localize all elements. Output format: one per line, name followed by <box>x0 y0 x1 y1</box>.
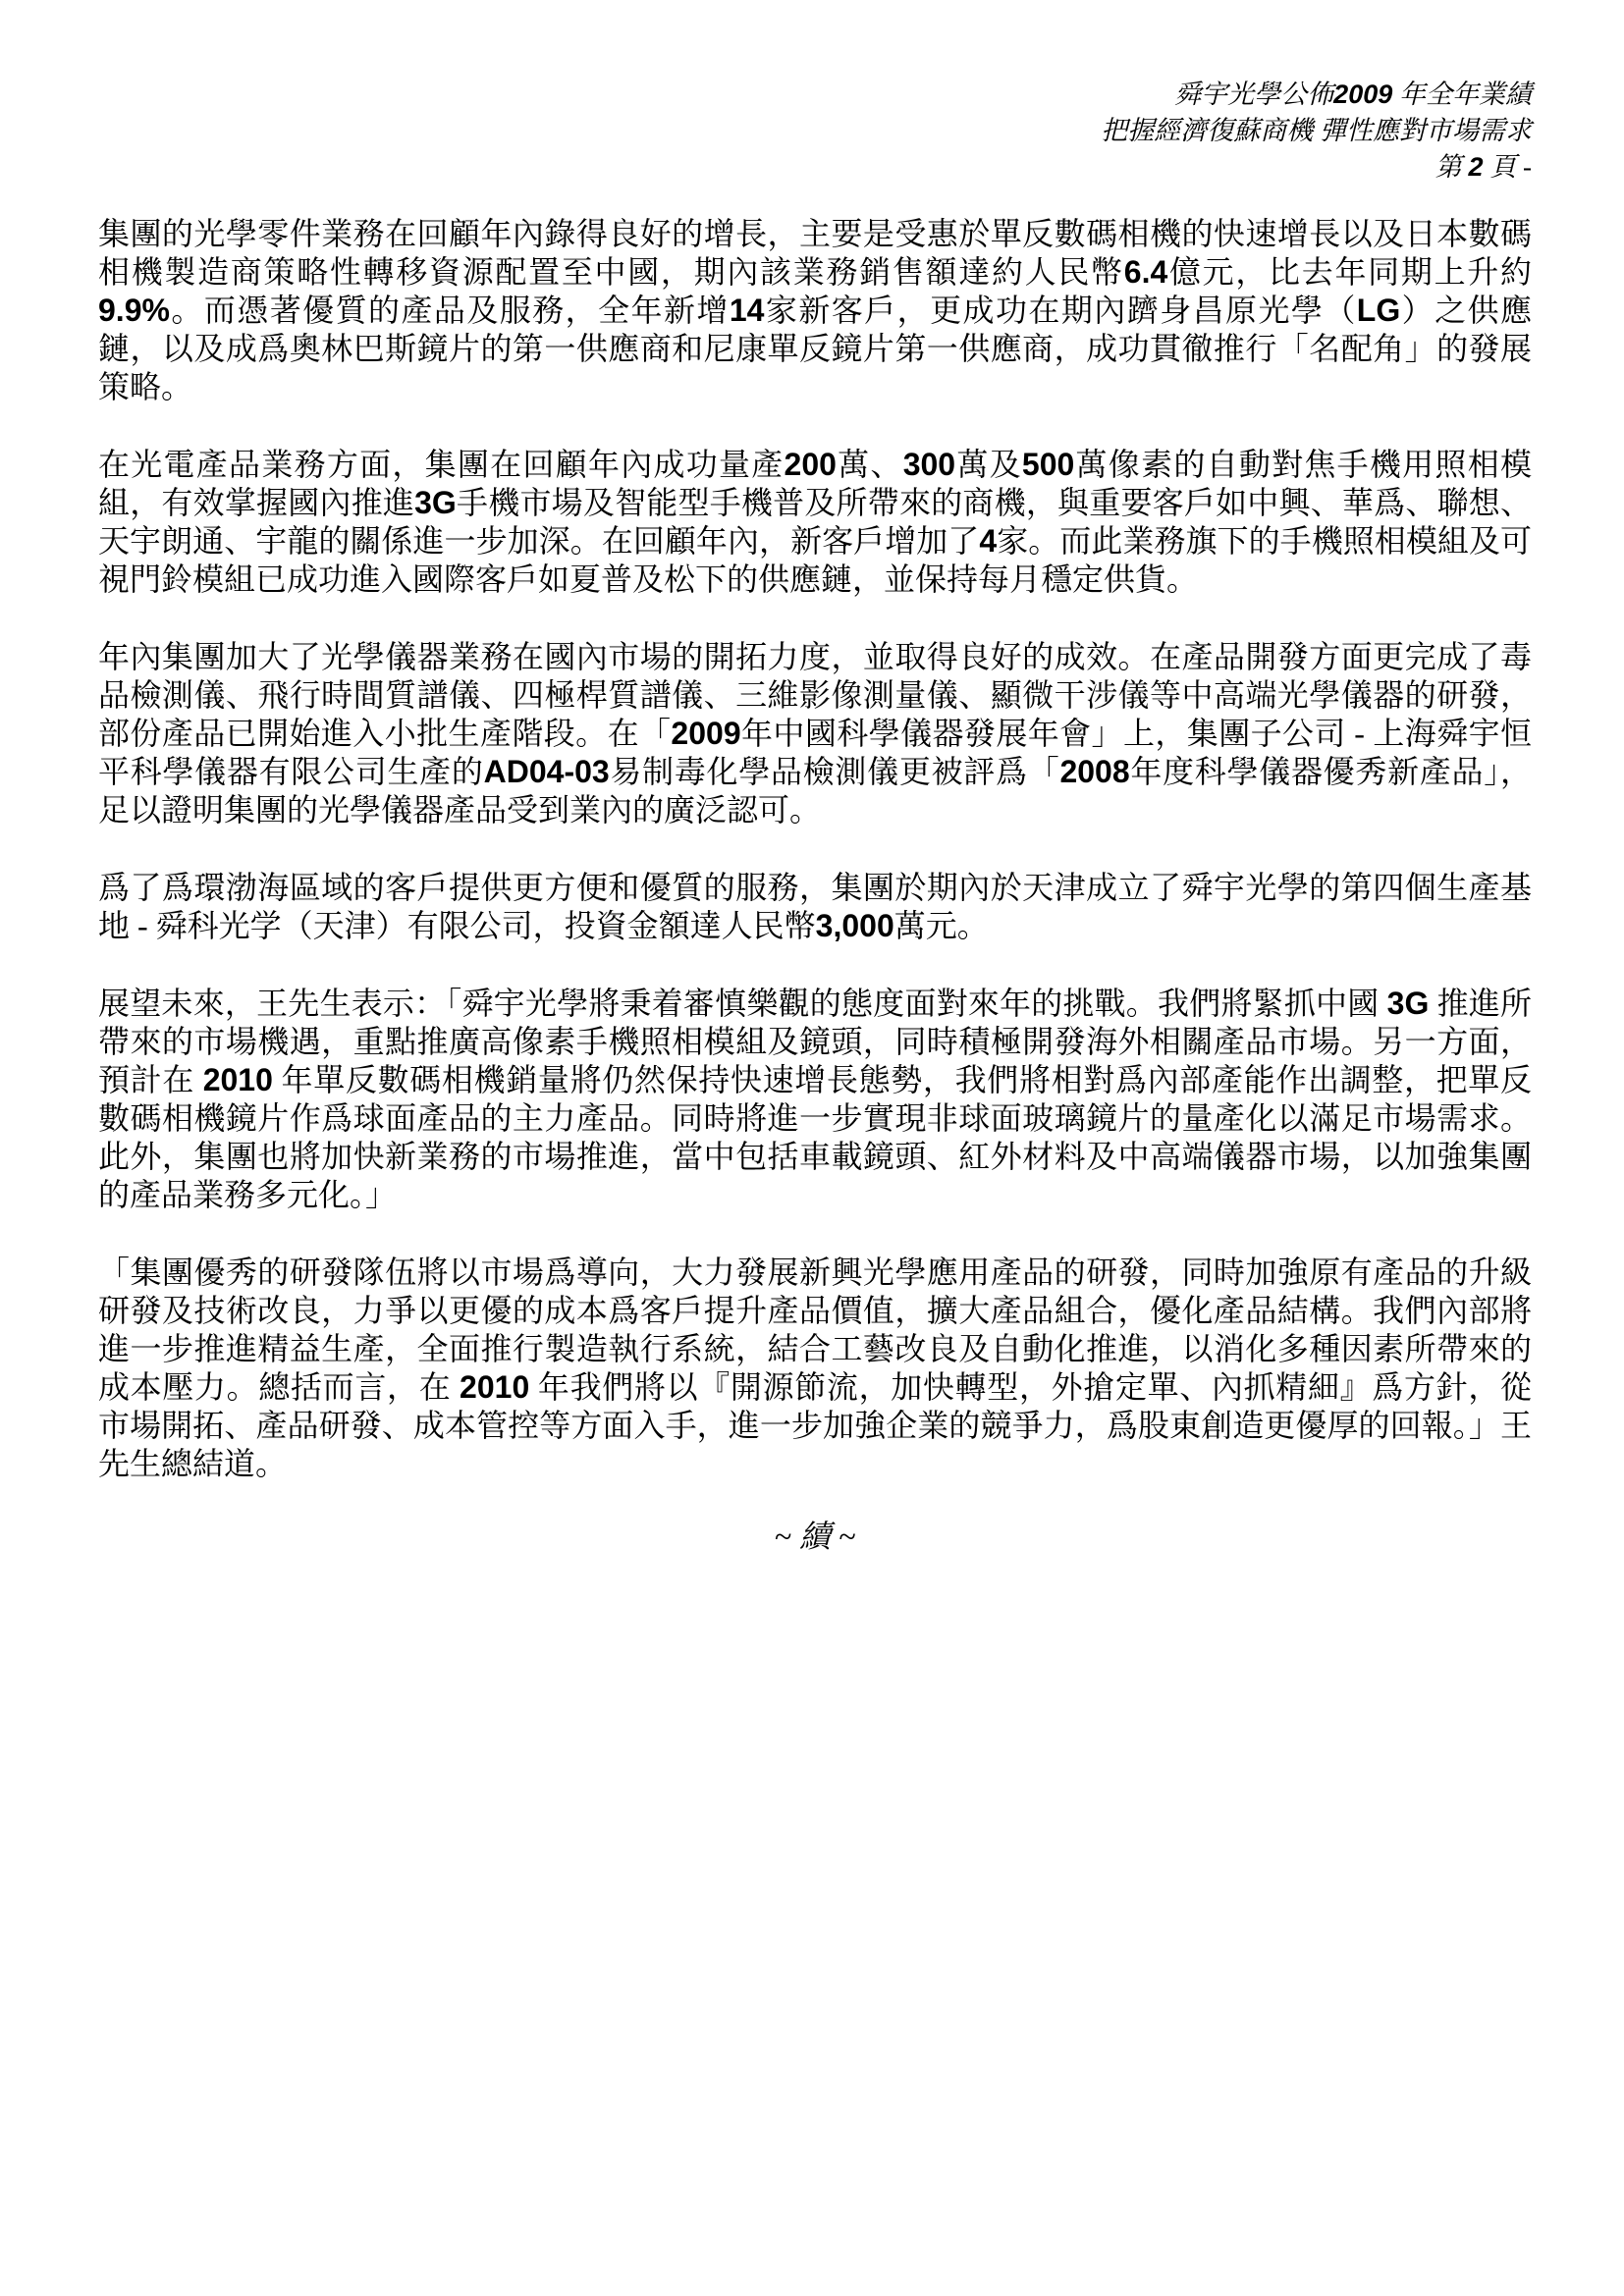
text-run-numeric: 9.9% <box>98 293 170 328</box>
text-run-numeric: 2008 <box>1059 754 1129 789</box>
text-run-numeric: 2009 <box>671 716 740 751</box>
text-run-numeric: 14 <box>730 293 765 328</box>
text-run-numeric: 3G <box>414 485 457 520</box>
document-page: 舜宇光學公佈2009 年全年業績 把握經濟復蘇商機 彈性應對市場需求 第 2 頁… <box>0 0 1624 2296</box>
text-run-numeric: 200 <box>785 447 837 482</box>
text-run: 億元，比去年同期上升約 <box>1167 254 1532 290</box>
text-run: 在光電產品業務方面，集團在回顧年內成功量產 <box>98 447 785 482</box>
text-run: 頁 - <box>1484 152 1533 182</box>
paragraph-rd-strategy-quote: 「集團優秀的研發隊伍將以市場爲導向，大力發展新興光學應用產品的研發，同時加強原有… <box>98 1254 1532 1483</box>
text-run-numeric: 2010 <box>203 1062 273 1097</box>
continuation-mark: ~ 續 ~ <box>98 1518 1532 1556</box>
text-run-numeric: 3,000 <box>816 908 894 943</box>
header-page-number: 第 2 頁 - <box>98 149 1532 186</box>
text-run: 萬及 <box>955 447 1022 482</box>
text-run-numeric: 3G <box>1387 986 1430 1021</box>
text-run: 家新客戶，更成功在期內躋身昌原光學（ <box>764 293 1356 328</box>
text-run-numeric: AD04-03 <box>484 754 610 789</box>
text-run-numeric: 6.4 <box>1124 254 1167 290</box>
page-header: 舜宇光學公佈2009 年全年業績 把握經濟復蘇商機 彈性應對市場需求 第 2 頁… <box>98 77 1532 186</box>
paragraph-optoelectronic-products: 在光電產品業務方面，集團在回顧年內成功量產200萬、300萬及500萬像素的自動… <box>98 446 1532 599</box>
document-body: 集團的光學零件業務在回顧年內錄得良好的增長，主要是受惠於單反數碼相機的快速增長以… <box>98 215 1532 1483</box>
text-run: 把握經濟復蘇商機 彈性應對市場需求 <box>1101 116 1532 145</box>
text-run: 舜宇光學公佈 <box>1174 80 1333 109</box>
text-run-numeric: LG <box>1357 293 1400 328</box>
paragraph-optical-components: 集團的光學零件業務在回顧年內錄得良好的增長，主要是受惠於單反數碼相機的快速增長以… <box>98 215 1532 406</box>
text-run-numeric: 2009 <box>1333 80 1392 109</box>
header-subtitle: 把握經濟復蘇商機 彈性應對市場需求 <box>98 113 1532 149</box>
text-run: 易制毒化學品檢測儀更被評爲「 <box>610 754 1060 789</box>
text-run: 萬元。 <box>894 908 989 943</box>
text-run: 年全年業績 <box>1392 80 1532 109</box>
text-run: 展望未來，王先生表示：「舜宇光學將秉着審慎樂觀的態度面對來年的挑戰。我們將緊抓中… <box>98 986 1387 1021</box>
text-run: 萬、 <box>837 447 903 482</box>
text-run: 第 <box>1435 152 1469 182</box>
text-run-numeric: 2 <box>1468 152 1483 182</box>
header-title: 舜宇光學公佈2009 年全年業績 <box>98 77 1532 113</box>
text-run: 年單反數碼相機銷量將仍然保持快速增長態勢，我們將相對爲內部產能作出調整，把單反數… <box>98 1062 1532 1212</box>
paragraph-outlook-quote: 展望未來，王先生表示：「舜宇光學將秉着審慎樂觀的態度面對來年的挑戰。我們將緊抓中… <box>98 985 1532 1214</box>
text-run: 。而憑著優質的產品及服務，全年新增 <box>170 293 730 328</box>
text-run-numeric: 2010 <box>460 1369 529 1405</box>
text-run-numeric: 4 <box>979 523 997 559</box>
text-run-numeric: 300 <box>903 447 955 482</box>
text-run-numeric: 500 <box>1022 447 1074 482</box>
paragraph-tianjin-base: 爲了爲環渤海區域的客戶提供更方便和優質的服務，集團於期內於天津成立了舜宇光學的第… <box>98 869 1532 945</box>
paragraph-optical-instruments: 年內集團加大了光學儀器業務在國內市場的開拓力度，並取得良好的成效。在產品開發方面… <box>98 638 1532 829</box>
